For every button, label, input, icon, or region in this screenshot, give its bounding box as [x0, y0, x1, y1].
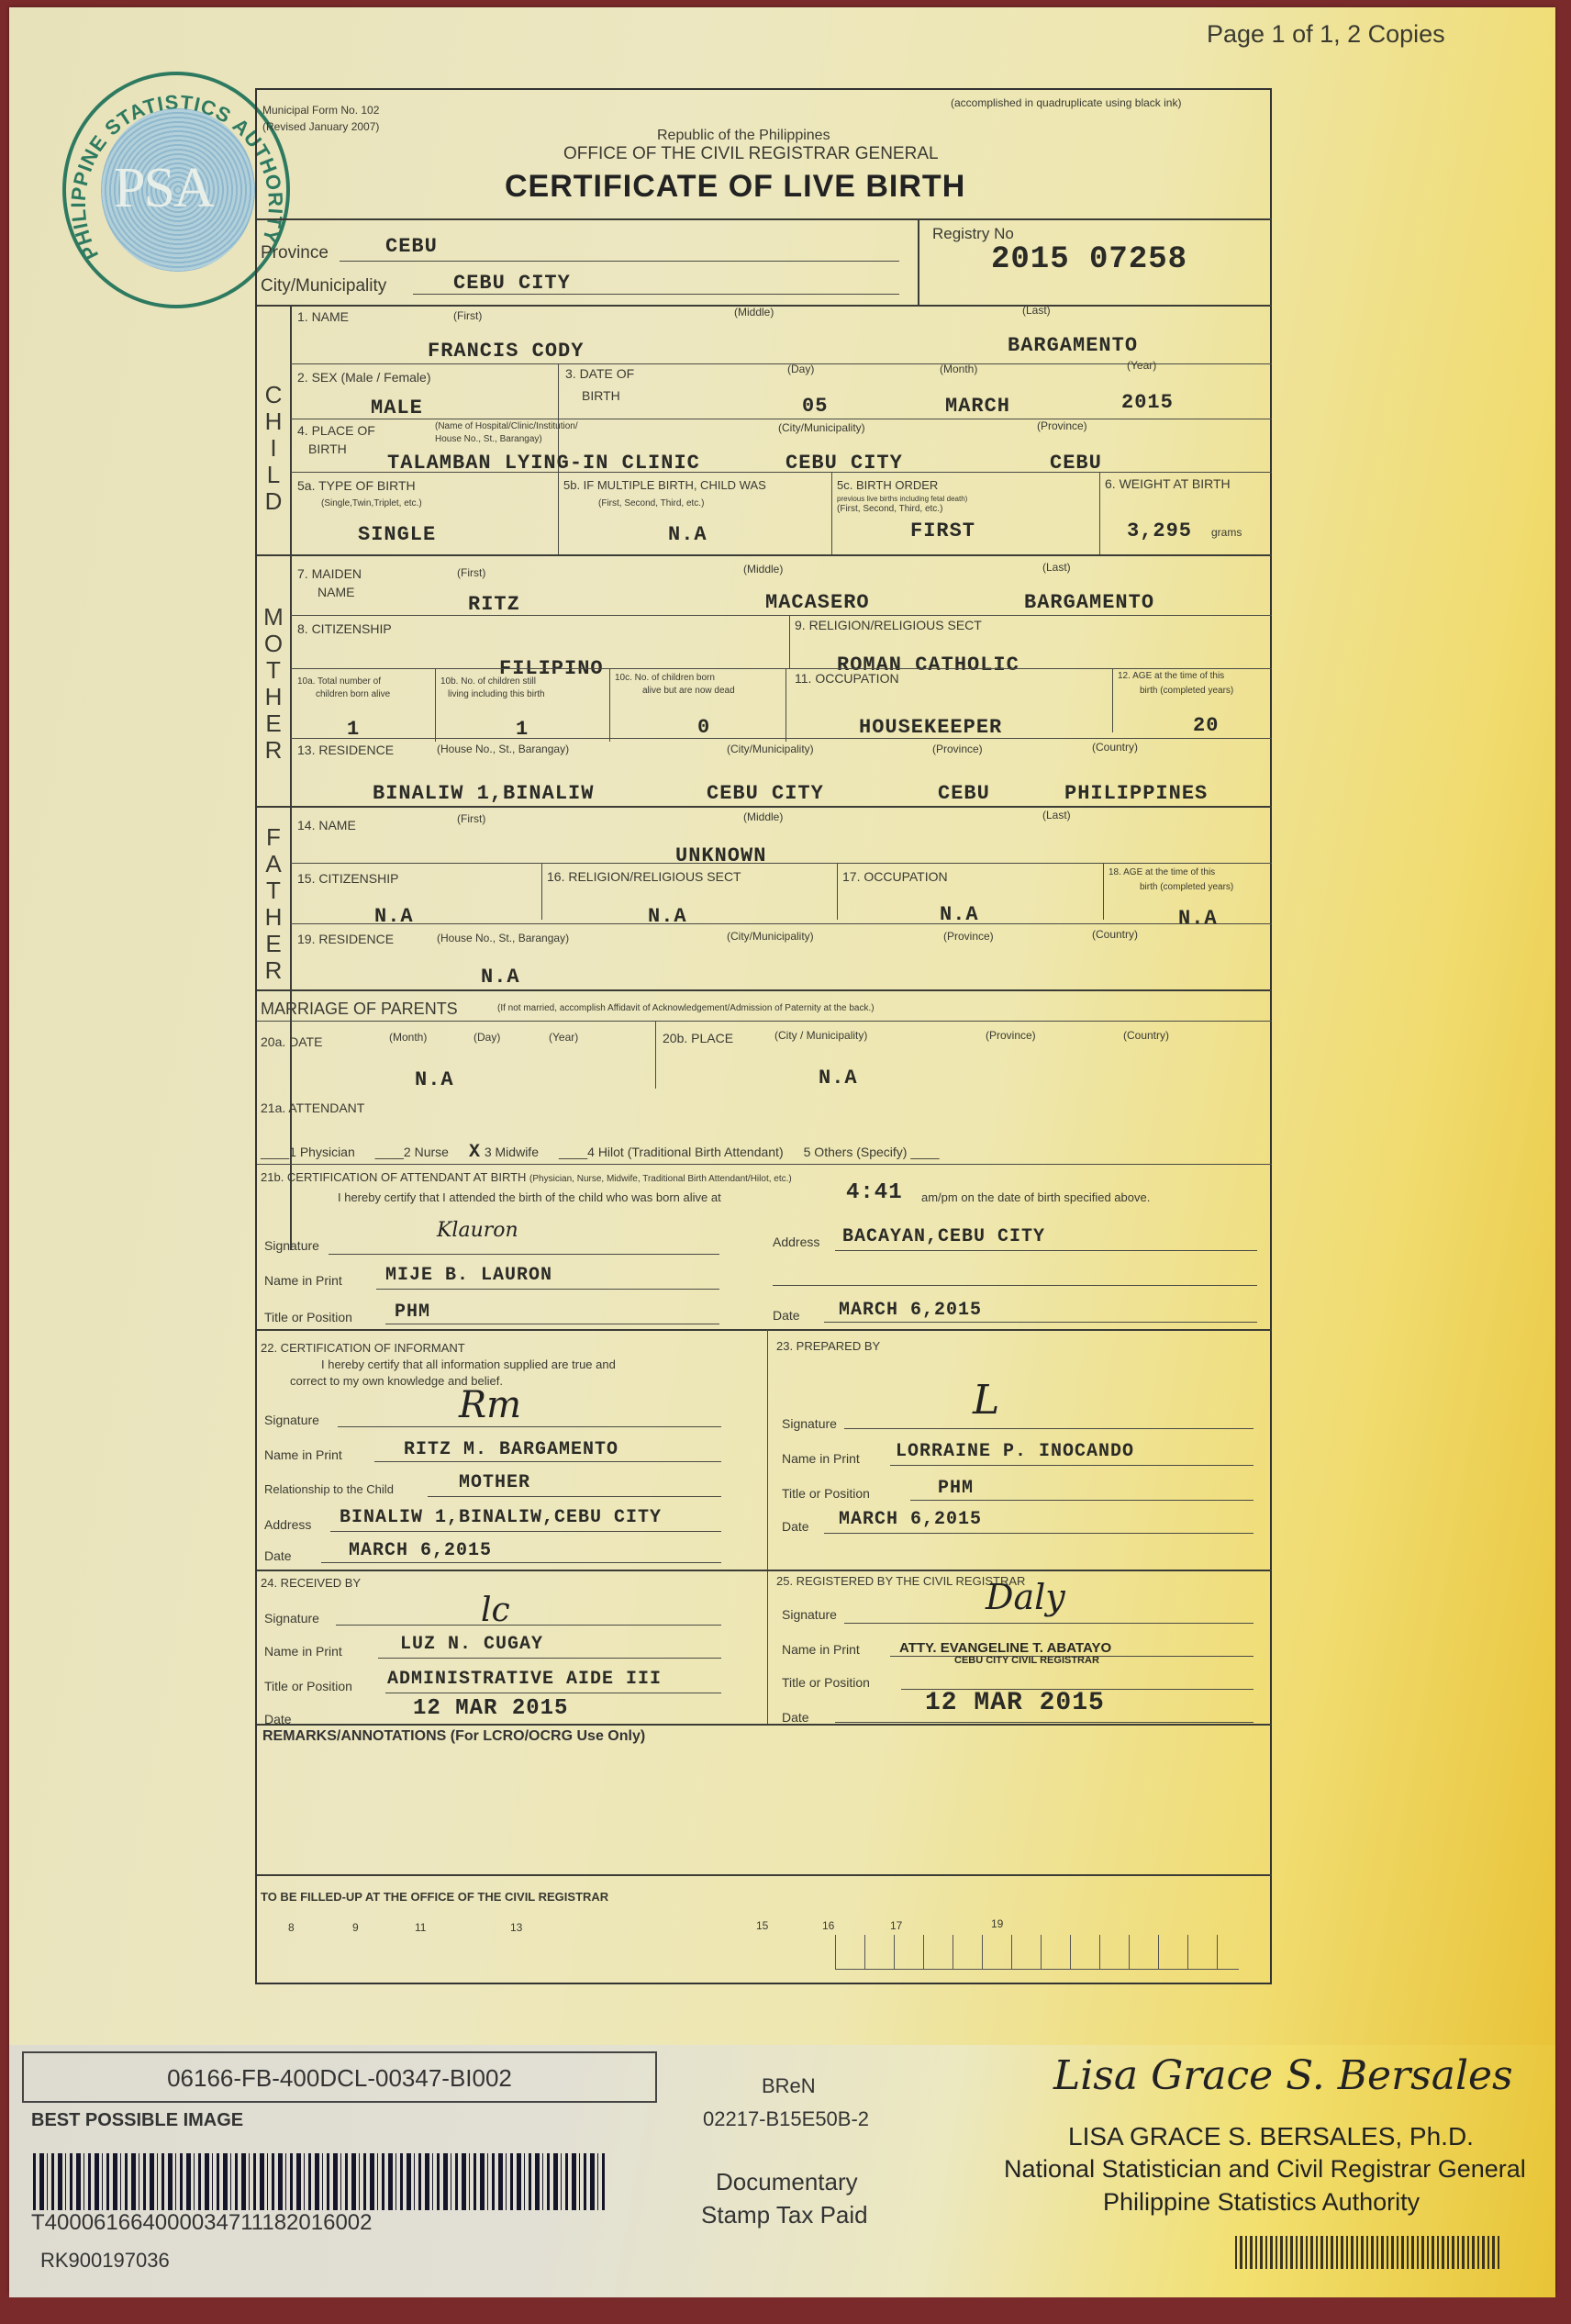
day-hint: (Day) [787, 363, 814, 374]
house-hint: (House No., St., Barangay) [437, 743, 569, 754]
pob-province-hint: (Province) [1037, 420, 1087, 431]
attendant-name: MIJE B. LAURON [385, 1267, 552, 1285]
children-dead-label-2: alive but are now dead [642, 687, 735, 696]
form-instruction: (accomplished in quadruplicate using bla… [951, 97, 1181, 108]
mother-residence-country: PHILIPPINES [1064, 784, 1208, 804]
mother-age: 20 [1193, 716, 1219, 736]
dob-label-2: BIRTH [582, 389, 620, 402]
mother-age-label-2: birth (completed years) [1140, 687, 1233, 696]
form-number: Municipal Form No. 102 [262, 105, 379, 116]
bren-label: BReN [762, 2076, 816, 2096]
mother-occupation: HOUSEKEEPER [859, 718, 1002, 738]
birth-time: 4:41 [846, 1182, 903, 1204]
birth-order-hint: previous live births including fetal dea… [837, 496, 967, 503]
country-hint: (Country) [1123, 1030, 1169, 1041]
mother-residence-province: CEBU [938, 784, 990, 804]
title-label: Title or Position [782, 1676, 870, 1689]
father-age-label: 18. AGE at the time of this [1109, 868, 1215, 877]
office-field-number: 16 [822, 1920, 834, 1931]
birth-order-hint-2: (First, Second, Third, etc.) [837, 505, 942, 514]
checked-mark: X [469, 1142, 481, 1163]
barcode-text: T400061664000034711182016002 [31, 2212, 372, 2234]
month-hint: (Month) [940, 363, 977, 374]
weight-label: 6. WEIGHT AT BIRTH [1105, 477, 1231, 490]
seal-psa-letters: PSA [114, 156, 213, 221]
marriage-date: N.A [415, 1070, 454, 1090]
registrar-signature: Daly [986, 1577, 1065, 1617]
address-label: Address [264, 1518, 311, 1531]
multiple-birth-label: 5b. IF MULTIPLE BIRTH, CHILD WAS [563, 479, 766, 491]
weight-unit: grams [1211, 527, 1242, 538]
last-hint: (Last) [1042, 810, 1071, 821]
birth-certificate-form: Municipal Form No. 102 (Revised January … [255, 88, 1272, 1984]
multiple-birth-hint: (First, Second, Third, etc.) [598, 499, 704, 508]
office-field-number: 19 [991, 1918, 1003, 1929]
preparer-name: LORRAINE P. INOCANDO [896, 1443, 1134, 1461]
informant-signature: Rm [459, 1384, 521, 1426]
country-hint: (Country) [1092, 929, 1138, 940]
name-in-print-label: Name in Print [264, 1645, 342, 1658]
middle-hint: (Middle) [734, 307, 774, 318]
form-revision: (Revised January 2007) [262, 121, 379, 132]
sex-label: 2. SEX (Male / Female) [297, 371, 431, 384]
office-field-number: 11 [415, 1922, 426, 1933]
document-title: CERTIFICATE OF LIVE BIRTH [505, 171, 965, 202]
title-label: Title or Position [782, 1487, 870, 1500]
section-label-father: FATHER [262, 824, 284, 984]
pob-hint-2: House No., St., Barangay) [435, 435, 542, 444]
informant-address: BINALIW 1,BINALIW,CEBU CITY [340, 1509, 662, 1527]
relationship-label: Relationship to the Child [264, 1483, 394, 1495]
mother-religion-label: 9. RELIGION/RELIGIOUS SECT [795, 619, 982, 631]
attendant-signature: Klauron [437, 1219, 518, 1242]
address-label: Address [773, 1235, 819, 1248]
receiver-name: LUZ N. CUGAY [400, 1636, 543, 1654]
attendant-cert-label: 21b. CERTIFICATION OF ATTENDANT AT BIRTH… [261, 1171, 792, 1184]
name-in-print-label: Name in Print [264, 1448, 342, 1461]
province-value: CEBU [385, 237, 438, 257]
birth-weight: 3,295 [1127, 521, 1192, 542]
father-citizenship-label: 15. CITIZENSHIP [297, 872, 398, 885]
birth-order-label: 5c. BIRTH ORDER [837, 479, 938, 491]
day-hint: (Day) [474, 1032, 500, 1043]
child-last-name: BARGAMENTO [1008, 336, 1138, 356]
remarks-label: REMARKS/ANNOTATIONS (For LCRO/OCRG Use O… [262, 1729, 645, 1744]
birth-order: FIRST [910, 521, 975, 542]
birth-type: SINGLE [358, 525, 436, 545]
office-code-boxes [835, 1935, 1239, 1970]
office-field-number: 8 [288, 1922, 295, 1933]
attendant-option-hilot[interactable]: ____4 Hilot (Traditional Birth Attendant… [559, 1145, 784, 1159]
father-residence-label: 19. RESIDENCE [297, 933, 394, 945]
informant-text: I hereby certify that all information su… [321, 1358, 616, 1370]
date-label: Date [782, 1520, 809, 1533]
father-occupation-label: 17. OCCUPATION [842, 870, 948, 883]
multiple-birth: N.A [668, 525, 708, 545]
city-hint: (City/Municipality) [727, 931, 814, 942]
remarks-area [262, 1751, 1263, 1834]
province-hint: (Province) [986, 1030, 1036, 1041]
marriage-place-label: 20b. PLACE [663, 1032, 733, 1045]
children-alive-label: 10a. Total number of [297, 677, 381, 687]
maiden-name-label-2: NAME [318, 586, 354, 598]
pob-label: 4. PLACE OF [297, 424, 375, 437]
children-dead: 0 [697, 718, 710, 738]
office-use-label: TO BE FILLED-UP AT THE OFFICE OF THE CIV… [261, 1891, 608, 1903]
date-label: Date [782, 1711, 809, 1724]
attendant-cert-text: I hereby certify that I attended the bir… [338, 1191, 721, 1203]
year-hint: (Year) [549, 1032, 578, 1043]
signature-label: Signature [264, 1612, 319, 1625]
month-hint: (Month) [389, 1032, 427, 1043]
prepared-label: 23. PREPARED BY [776, 1340, 880, 1352]
province-hint: (Province) [932, 743, 983, 754]
registry-number: 2015 07258 [991, 244, 1187, 275]
attendant-option-others[interactable]: 5 Others (Specify) ____ [804, 1145, 940, 1159]
father-age: N.A [1178, 909, 1218, 929]
section-label-child: CHILD [262, 382, 284, 515]
signature-label: Signature [782, 1417, 837, 1430]
child-name-label: 1. NAME [297, 310, 349, 323]
signatory-org: Philippine Statistics Authority [1103, 2190, 1420, 2215]
father-name-label: 14. NAME [297, 819, 356, 832]
office-label: OFFICE OF THE CIVIL REGISTRAR GENERAL [563, 145, 939, 162]
stamp-tax-line-1: Documentary [716, 2170, 858, 2194]
attendant-options: ____1 Physician ____2 Nurse X 3 Midwife … [261, 1142, 940, 1163]
receiver-date: 12 MAR 2015 [413, 1698, 568, 1720]
date-label: Date [264, 1549, 292, 1562]
attendant-title: PHM [395, 1303, 430, 1322]
page-count: Page 1 of 1, 2 Copies [1207, 20, 1445, 49]
birth-place: TALAMBAN LYING-IN CLINIC [387, 453, 700, 474]
child-first-name: FRANCIS CODY [428, 341, 584, 362]
informant-date: MARCH 6,2015 [349, 1542, 492, 1560]
title-label: Title or Position [264, 1311, 352, 1324]
mother-residence-city: CEBU CITY [707, 784, 824, 804]
pob-label-2: BIRTH [308, 442, 347, 455]
received-label: 24. RECEIVED BY [261, 1577, 361, 1589]
signature-label: Signature [264, 1413, 319, 1426]
attendant-option-midwife[interactable]: X 3 Midwife [469, 1142, 539, 1163]
children-living-label-2: living including this birth [448, 690, 545, 699]
dob-label: 3. DATE OF [565, 367, 634, 380]
last-hint: (Last) [1022, 305, 1051, 316]
pob-city-hint: (City/Municipality) [778, 422, 865, 433]
marriage-date-label: 20a. DATE [261, 1035, 322, 1048]
mother-last-name: BARGAMENTO [1024, 593, 1154, 613]
informant-label: 22. CERTIFICATION OF INFORMANT [261, 1342, 465, 1354]
registry-label: Registry No [932, 226, 1014, 241]
first-hint: (First) [457, 813, 485, 824]
registrar-general-signature: Lisa Grace S. Bersales [1053, 2052, 1513, 2099]
city-hint: (City / Municipality) [774, 1030, 867, 1041]
city-label: City/Municipality [261, 277, 386, 295]
birth-year: 2015 [1121, 393, 1174, 413]
mother-first-name: RITZ [468, 595, 520, 615]
registrar-office: CEBU CITY CIVIL REGISTRAR [954, 1656, 1099, 1666]
date-label: Date [773, 1309, 800, 1322]
reference-number-box: 06166-FB-400DCL-00347-BI002 [22, 2051, 657, 2103]
children-alive-label-2: children born alive [316, 690, 390, 699]
attendant-cert-text-2: am/pm on the date of birth specified abo… [921, 1191, 1150, 1203]
preparer-title: PHM [938, 1480, 974, 1498]
name-in-print-label: Name in Print [782, 1643, 860, 1656]
republic-label: Republic of the Philippines [657, 128, 830, 143]
birth-month: MARCH [945, 397, 1010, 417]
mother-residence-label: 13. RESIDENCE [297, 743, 394, 756]
best-image-label: BEST POSSIBLE IMAGE [31, 2111, 243, 2129]
attendant-date: MARCH 6,2015 [839, 1302, 982, 1320]
attendant-option-physician[interactable]: ____1 Physician [261, 1145, 355, 1159]
attendant-option-nurse[interactable]: ____2 Nurse [375, 1145, 449, 1159]
informant-name: RITZ M. BARGAMENTO [404, 1441, 618, 1459]
birth-city: CEBU CITY [785, 453, 903, 474]
rk-number: RK900197036 [40, 2251, 170, 2271]
maiden-name-label: 7. MAIDEN [297, 567, 362, 580]
attendant-label: 21a. ATTENDANT [261, 1101, 364, 1114]
office-field-number: 13 [510, 1922, 522, 1933]
children-living: 1 [516, 720, 529, 740]
province-label: Province [261, 244, 329, 262]
bren-number: 02217-B15E50B-2 [703, 2109, 869, 2129]
preparer-signature: L [973, 1377, 999, 1424]
name-in-print-label: Name in Print [264, 1274, 342, 1287]
stamp-tax-line-2: Stamp Tax Paid [701, 2203, 868, 2227]
marriage-place: N.A [819, 1068, 858, 1089]
birth-type-label: 5a. TYPE OF BIRTH [297, 479, 416, 492]
father-residence: N.A [481, 967, 520, 988]
receiver-signature: lc [481, 1592, 510, 1629]
mother-occupation-label: 11. OCCUPATION [795, 672, 899, 685]
father-occupation: N.A [940, 905, 979, 925]
informant-relationship: MOTHER [459, 1474, 530, 1492]
birth-day: 05 [802, 397, 828, 417]
small-barcode [1235, 2236, 1501, 2269]
signature-label: Signature [264, 1239, 319, 1252]
barcode [33, 2153, 607, 2210]
house-hint: (House No., St., Barangay) [437, 933, 569, 944]
office-field-number: 17 [890, 1920, 902, 1931]
title-label: Title or Position [264, 1680, 352, 1693]
last-hint: (Last) [1042, 562, 1071, 573]
pob-hint: (Name of Hospital/Clinic/Institution/ [435, 422, 578, 431]
province-hint: (Province) [943, 931, 994, 942]
children-dead-label: 10c. No. of children born [615, 674, 715, 683]
mother-age-label: 12. AGE at the time of this [1118, 672, 1224, 681]
mother-middle-name: MACASERO [765, 593, 870, 613]
middle-hint: (Middle) [743, 564, 783, 575]
preparer-date: MARCH 6,2015 [839, 1511, 982, 1529]
children-born-alive: 1 [347, 720, 360, 740]
section-label-mother: MOTHER [262, 604, 284, 764]
father-age-label-2: birth (completed years) [1140, 883, 1233, 892]
office-field-number: 9 [352, 1922, 359, 1933]
year-hint: (Year) [1127, 360, 1156, 371]
registrar-name: ATTY. EVANGELINE T. ABATAYO [899, 1641, 1111, 1655]
signature-label: Signature [782, 1608, 837, 1621]
father-religion-label: 16. RELIGION/RELIGIOUS SECT [547, 870, 741, 883]
signatory-name: LISA GRACE S. BERSALES, Ph.D. [1068, 2124, 1474, 2150]
mother-citizenship-label: 8. CITIZENSHIP [297, 622, 392, 635]
city-value: CEBU CITY [453, 274, 571, 294]
registration-date: 12 MAR 2015 [925, 1691, 1105, 1716]
reference-number: 06166-FB-400DCL-00347-BI002 [24, 2066, 655, 2090]
receiver-title: ADMINISTRATIVE AIDE III [387, 1670, 662, 1689]
middle-hint: (Middle) [743, 811, 783, 822]
children-living-label: 10b. No. of children still [440, 677, 536, 687]
first-hint: (First) [453, 310, 482, 321]
attendant-address: BACAYAN,CEBU CITY [842, 1228, 1045, 1246]
signatory-title: National Statistician and Civil Registra… [1004, 2157, 1526, 2182]
marriage-heading: MARRIAGE OF PARENTS [261, 1000, 458, 1017]
city-hint: (City/Municipality) [727, 743, 814, 754]
country-hint: (Country) [1092, 742, 1138, 753]
office-field-number: 15 [756, 1920, 768, 1931]
marriage-note: (If not married, accomplish Affidavit of… [497, 1004, 875, 1013]
child-sex: MALE [371, 398, 423, 419]
first-hint: (First) [457, 567, 485, 578]
mother-residence-house: BINALIW 1,BINALIW [373, 784, 594, 804]
name-in-print-label: Name in Print [782, 1452, 860, 1465]
birth-type-hint: (Single,Twin,Triplet, etc.) [321, 499, 422, 508]
birth-province: CEBU [1050, 453, 1102, 474]
